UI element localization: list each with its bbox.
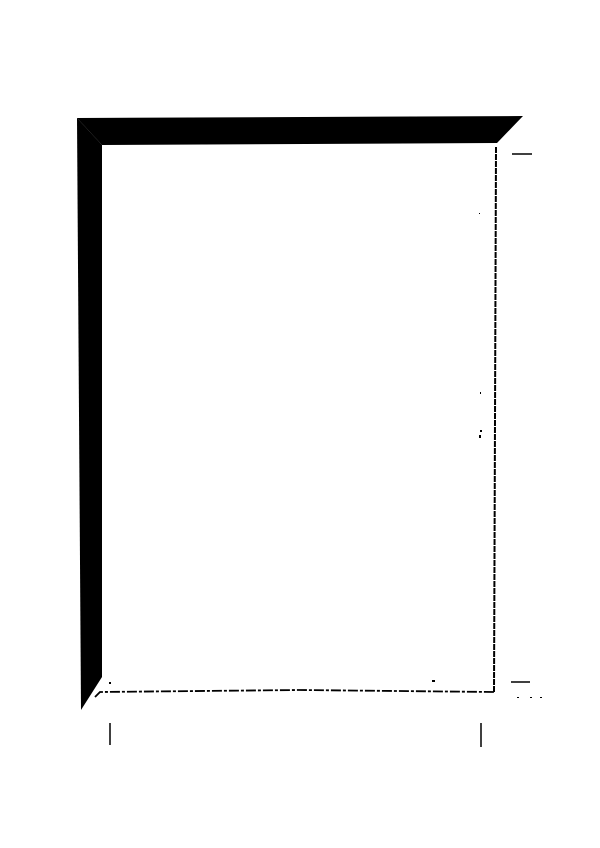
- left-border-band: [77, 118, 102, 710]
- bottom-page-edge: [95, 690, 494, 697]
- scan-noise-specks: [109, 213, 542, 698]
- scanned-page: [0, 0, 600, 848]
- right-page-edge: [494, 147, 496, 692]
- page-border-frame: [0, 0, 600, 848]
- top-border-band: [77, 116, 523, 145]
